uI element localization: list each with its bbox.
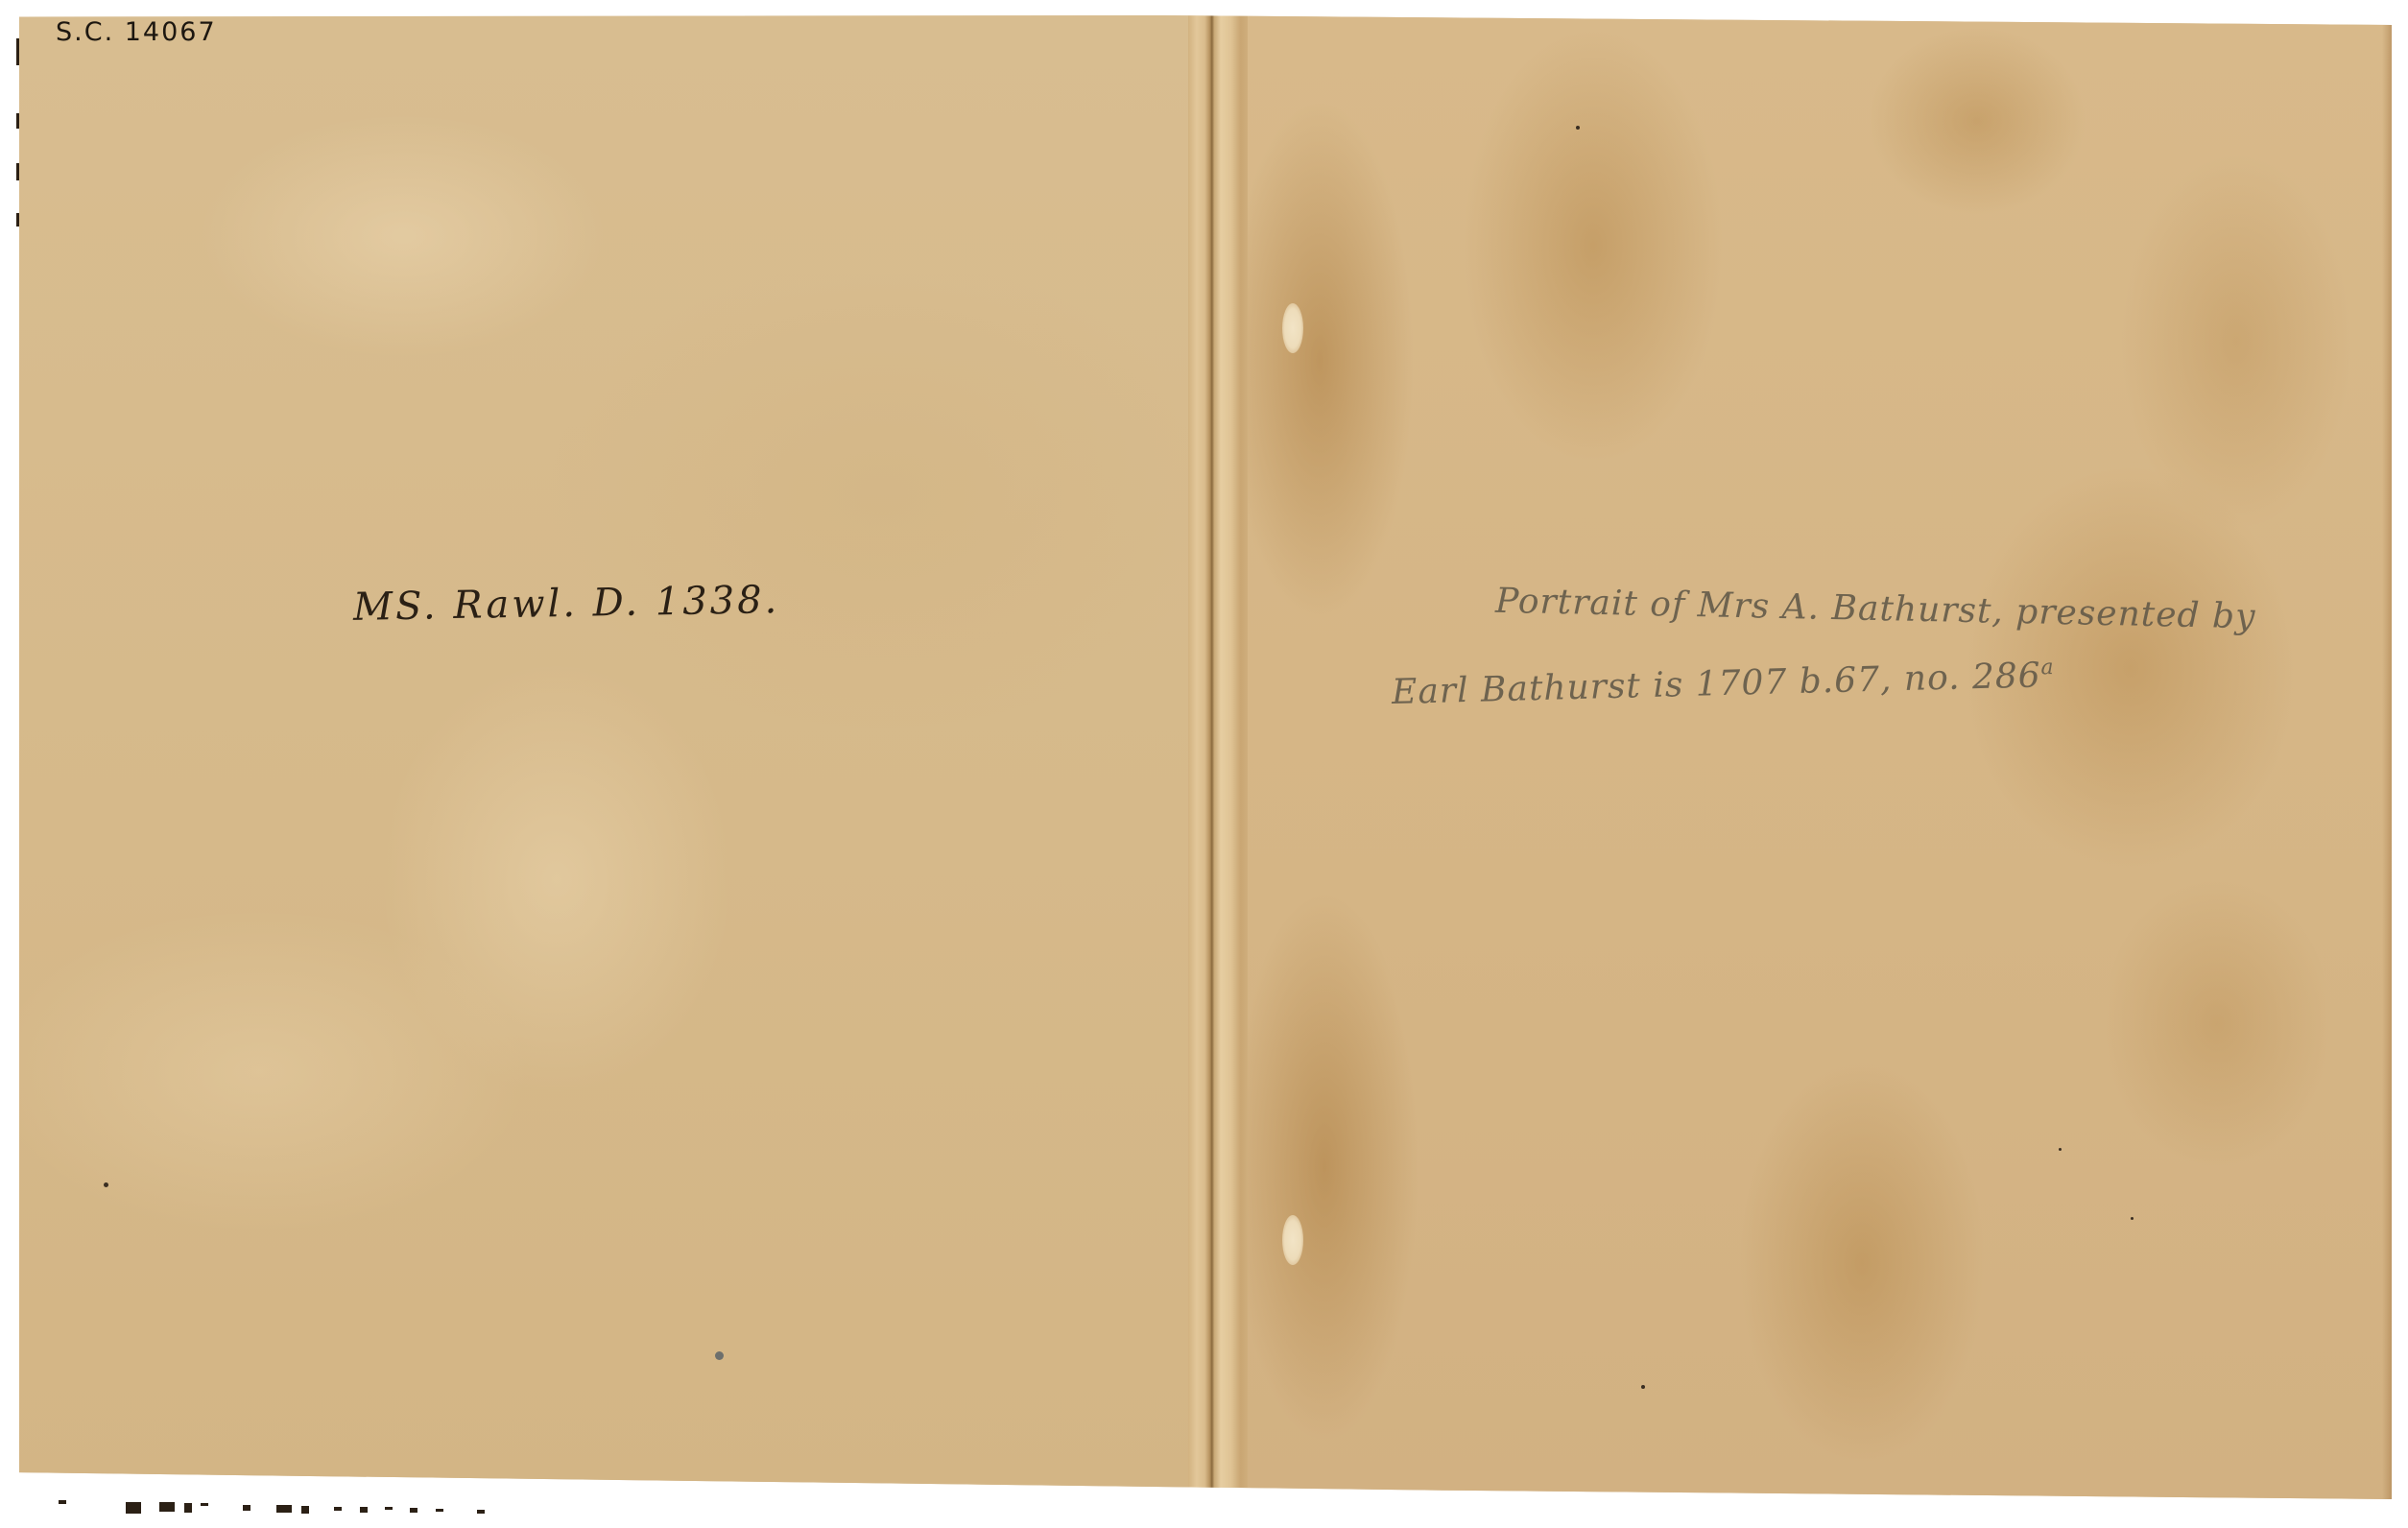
manuscript-sheet: S.C. 14067 MS. Rawl. D. 1338. Portrait o… (19, 15, 2392, 1499)
left-page: S.C. 14067 MS. Rawl. D. 1338. (19, 15, 1188, 1499)
pencil-note-line-2-superscript: a (2040, 656, 2055, 680)
scan-edge-mark (126, 1502, 141, 1514)
shelfmark: MS. Rawl. D. 1338. (353, 578, 780, 630)
scan-edge-mark (184, 1503, 192, 1513)
stamp-number: S.C. 14067 (56, 17, 217, 47)
scan-edge-mark (59, 1500, 66, 1504)
ink-speck (715, 1351, 724, 1360)
binding-hole (1282, 1215, 1303, 1265)
ink-speck (1641, 1385, 1645, 1389)
scan-edge-mark (201, 1503, 208, 1506)
scan-edge-mark (360, 1507, 368, 1513)
book-gutter (1188, 15, 1248, 1499)
scan-edge-mark (334, 1507, 342, 1511)
pencil-note-line-2-text: Earl Bathurst is 1707 b.67, no. 286 (1392, 656, 2042, 712)
pencil-note-line-1: Portrait of Mrs A. Bathurst, presented b… (1495, 582, 2256, 637)
scan-edge-mark (436, 1509, 443, 1512)
ink-speck (2059, 1148, 2062, 1151)
scan-canvas: S.C. 14067 MS. Rawl. D. 1338. Portrait o… (0, 0, 2408, 1528)
page-edge-shadow (2382, 15, 2392, 1499)
scan-edge-mark (159, 1502, 175, 1512)
scan-edge-mark (243, 1505, 250, 1511)
right-page: Portrait of Mrs A. Bathurst, presented b… (1248, 15, 2392, 1499)
ink-speck (1576, 126, 1580, 130)
scan-edge-mark (477, 1510, 485, 1514)
scan-edge-mark (276, 1505, 292, 1513)
binding-hole (1282, 303, 1303, 353)
ink-speck (104, 1182, 108, 1187)
scan-edge-mark (301, 1506, 309, 1514)
pencil-note-line-2: Earl Bathurst is 1707 b.67, no. 286a (1392, 656, 2056, 712)
scan-edge-mark (410, 1508, 417, 1513)
scan-edge-mark (385, 1507, 393, 1510)
ink-speck (2131, 1217, 2134, 1220)
